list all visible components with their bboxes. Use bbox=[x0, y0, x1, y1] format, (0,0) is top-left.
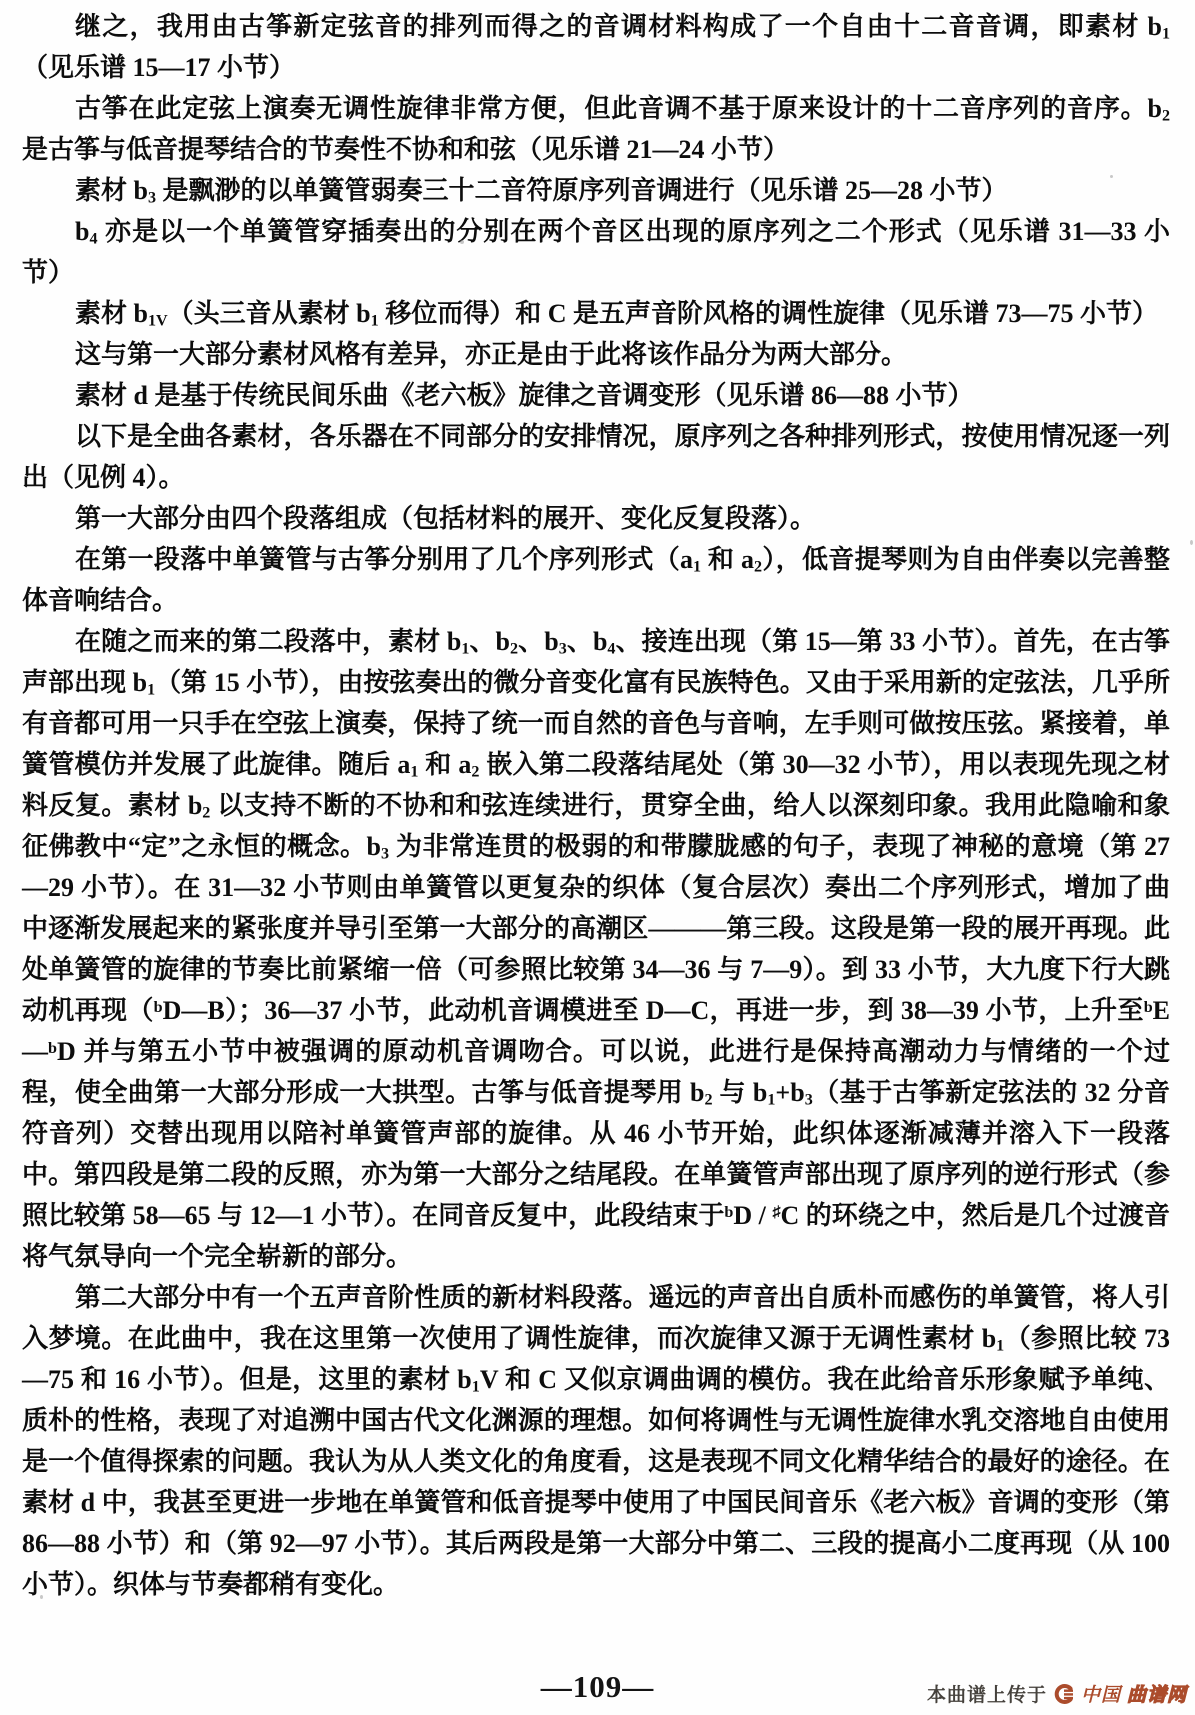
watermark-prefix: 本曲谱上传于 bbox=[927, 1680, 1047, 1707]
paragraph: 以下是全曲各素材，各乐器在不同部分的安排情况，原序列之各种排列形式，按使用情况逐… bbox=[22, 416, 1170, 498]
site-name-primary: 中国 bbox=[1081, 1680, 1121, 1707]
paragraph: 在第一段落中单簧管与古筝分别用了几个序列形式（a1 和 a2），低音提琴则为自由… bbox=[22, 539, 1170, 621]
paragraph: b4 亦是以一个单簧管穿插奏出的分别在两个音区出现的原序列之二个形式（见乐谱 3… bbox=[22, 211, 1170, 293]
paragraph: 素材 b3 是飘渺的以单簧管弱奏三十二音符原序列音调进行（见乐谱 25—28 小… bbox=[22, 170, 1170, 211]
scan-speck bbox=[1190, 540, 1193, 545]
scan-speck bbox=[1110, 175, 1113, 178]
document-body: 继之，我用由古筝新定弦音的排列而得之的音调材料构成了一个自由十二音音调，即素材 … bbox=[22, 6, 1170, 1605]
site-name-secondary: 曲谱网 bbox=[1127, 1680, 1187, 1707]
site-logo-icon bbox=[1053, 1683, 1075, 1705]
document-page: 继之，我用由古筝新定弦音的排列而得之的音调材料构成了一个自由十二音音调，即素材 … bbox=[0, 0, 1195, 1715]
watermark: 本曲谱上传于 中国曲谱网 bbox=[927, 1680, 1187, 1707]
paragraph: 素材 d 是基于传统民间乐曲《老六板》旋律之音调变形（见乐谱 86—88 小节） bbox=[22, 375, 1170, 416]
paragraph: 第二大部分中有一个五声音阶性质的新材料段落。遥远的声音出自质朴而感伤的单簧管，将… bbox=[22, 1277, 1170, 1605]
scan-speck bbox=[596, 440, 600, 443]
scan-speck bbox=[460, 240, 464, 244]
scan-speck bbox=[40, 1595, 43, 1599]
paragraph: 这与第一大部分素材风格有差异，亦正是由于此将该作品分为两大部分。 bbox=[22, 334, 1170, 375]
paragraph: 素材 b1V（头三音从素材 b1 移位而得）和 C 是五声音阶风格的调性旋律（见… bbox=[22, 293, 1170, 334]
paragraph: 继之，我用由古筝新定弦音的排列而得之的音调材料构成了一个自由十二音音调，即素材 … bbox=[22, 6, 1170, 88]
paragraph: 第一大部分由四个段落组成（包括材料的展开、变化反复段落）。 bbox=[22, 498, 1170, 539]
paragraph: 古筝在此定弦上演奏无调性旋律非常方便，但此音调不基于原来设计的十二音序列的音序。… bbox=[22, 88, 1170, 170]
paragraph: 在随之而来的第二段落中，素材 b1、b2、b3、b4、接连出现（第 15—第 3… bbox=[22, 621, 1170, 1277]
